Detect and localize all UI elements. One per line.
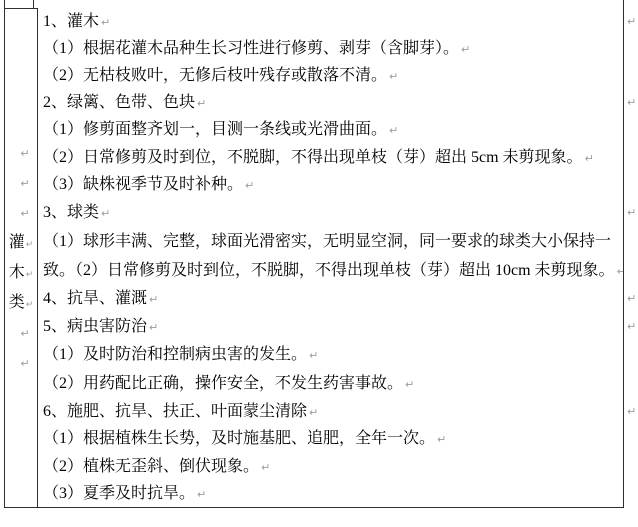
paragraph-mark-icon: ↵ [461,43,470,56]
table-row: 5、病虫害防治↵（1）及时防治和控制病虫害的发生。↵（2）用药配比正确，操作安全… [38,313,623,398]
paragraph-mark-icon: ↵ [261,461,270,474]
category-char-text[interactable]: 类 [9,294,25,311]
paragraph-mark-icon: ↵ [197,488,206,501]
paragraph-mark-icon: ↵ [26,270,34,280]
paragraph-mark-icon: ↵ [309,349,318,362]
text-line[interactable]: （1）根据花灌木品种生长习性进行修剪、剥芽（含脚芽）。↵ [43,35,623,62]
paragraph-mark-icon: ↵ [20,177,29,190]
text-line[interactable]: （1）及时防治和控制病虫害的发生。↵ [43,341,623,369]
paragraph-mark-icon: ↵ [149,321,158,334]
line-text[interactable]: （2）日常修剪及时到位，不脱脚，不得出现单枝（芽）超出 5cm 未剪现象。 [43,149,583,166]
line-text[interactable]: （1）球形丰满、完整，球面光滑密实，无明显空洞，同一要求的球类大小保持一 [43,233,611,250]
paragraph-mark-icon: ↵ [20,327,29,340]
text-line[interactable]: （2）无枯枝败叶，无修后枝叶残存或散落不清。↵ [43,62,623,89]
category-char-text[interactable]: 灌 [9,234,25,251]
paragraph-mark-icon: ↵ [389,124,398,137]
text-line[interactable]: （3）缺株视季节及时补种。↵ [43,171,623,198]
paragraph-mark-icon: ↵ [20,147,29,160]
text-line[interactable]: 2、绿篱、色带、色块↵ [43,89,623,116]
text-line[interactable]: （2）日常修剪及时到位，不脱脚，不得出现单枝（芽）超出 5cm 未剪现象。↵ [43,144,623,171]
paragraph-mark-icon: ↵ [245,179,254,192]
paragraph-mark-icon: ↵ [585,152,594,165]
paragraph-mark-icon: ↵ [26,240,34,250]
paragraph-mark-icon: ↵ [437,433,446,446]
line-text[interactable]: （2）植株无歪斜、倒伏现象。 [43,458,259,475]
line-text[interactable]: 3、球类 [43,204,99,221]
category-label-char[interactable]: 类↵ [9,288,34,318]
table-row: 2、绿篱、色带、色块↵（1）修剪面整齐划一，目测一条线或光滑曲面。↵（2）日常修… [38,89,623,198]
line-text[interactable]: （2）用药配比正确，操作安全，不发生药害事故。 [43,375,403,392]
paragraph-mark-icon: ↵ [197,97,206,110]
line-text[interactable]: 6、施肥、抗旱、扶正、叶面蒙尘清除 [43,403,307,420]
category-char-text[interactable]: 木 [9,264,25,281]
line-text[interactable]: 2、绿篱、色带、色块 [43,94,195,111]
row-end-paragraph-mark-icon: ↵ [627,313,636,341]
table-row: 1、灌木↵（1）根据花灌木品种生长习性进行修剪、剥芽（含脚芽）。↵（2）无枯枝败… [38,8,623,89]
text-line[interactable]: 5、病虫害防治↵ [43,313,623,341]
row-end-paragraph-mark-icon: ↵ [627,398,636,425]
empty-paragraph: ↵ [12,318,29,348]
row-end-paragraph-mark-icon: ↵ [627,8,636,35]
line-text[interactable]: （1）根据花灌木品种生长习性进行修剪、剥芽（含脚芽）。 [43,40,459,57]
paragraph-mark-icon: ↵ [20,207,29,220]
text-line[interactable]: （2）植株无歪斜、倒伏现象。↵ [43,453,623,480]
text-line[interactable]: （1）根据植株生长势，及时施基肥、追肥，全年一次。↵ [43,425,623,452]
category-cell[interactable]: ↵↵↵灌↵木↵类↵↵↵ [5,8,37,507]
text-line[interactable]: （2）用药配比正确，操作安全，不发生药害事故。↵ [43,370,623,398]
text-line[interactable]: 6、施肥、抗旱、扶正、叶面蒙尘清除↵ [43,398,623,425]
empty-paragraph: ↵ [12,348,29,378]
line-text[interactable]: 1、灌木 [43,13,99,30]
table-row: 6、施肥、抗旱、扶正、叶面蒙尘清除↵（1）根据植株生长势，及时施基肥、追肥，全年… [38,398,623,507]
line-text[interactable]: 5、病虫害防治 [43,318,147,335]
text-line[interactable]: 4、抗旱、灌溉↵ [43,285,623,313]
line-text[interactable]: （1）根据植株生长势，及时施基肥、追肥，全年一次。 [43,430,435,447]
partial-top-row-divider [33,0,34,8]
line-text[interactable]: （3）夏季及时抗旱。 [43,485,195,502]
paragraph-mark-icon: ↵ [20,357,29,370]
empty-paragraph: ↵ [12,138,29,168]
text-line[interactable]: 致。（2）日常修剪及时到位，不脱脚，不得出现单枝（芽）超出 10cm 未剪现象。… [43,256,623,285]
table-border-right [623,0,624,508]
row-end-paragraph-mark-icon: ↵ [627,89,636,116]
paragraph-mark-icon: ↵ [309,406,318,419]
text-line[interactable]: 3、球类↵ [43,198,623,227]
table-row: 4、抗旱、灌溉↵ [38,285,623,313]
paragraph-mark-icon: ↵ [149,293,158,306]
paragraph-mark-icon: ↵ [26,300,34,310]
line-text[interactable]: （3）缺株视季节及时补种。 [43,176,243,193]
paragraph-mark-icon: ↵ [405,378,414,391]
category-label-char[interactable]: 木↵ [9,258,34,288]
paragraph-mark-icon: ↵ [101,16,110,29]
line-text[interactable]: 4、抗旱、灌溉 [43,290,147,307]
row-end-paragraph-mark-icon: ↵ [627,285,636,313]
text-line[interactable]: （1）修剪面整齐划一，目测一条线或光滑曲面。↵ [43,116,623,143]
paragraph-mark-icon: ↵ [617,265,623,278]
text-line[interactable]: （3）夏季及时抗旱。↵ [43,480,623,507]
line-text[interactable]: （2）无枯枝败叶，无修后枝叶残存或散落不清。 [43,67,387,84]
text-line[interactable]: 1、灌木↵ [43,8,623,35]
paragraph-mark-icon: ↵ [101,207,110,220]
line-text[interactable]: （1）修剪面整齐划一，目测一条线或光滑曲面。 [43,121,387,138]
table-row: 3、球类↵（1）球形丰满、完整，球面光滑密实，无明显空洞，同一要求的球类大小保持… [38,198,623,285]
line-text[interactable]: 致。（2）日常修剪及时到位，不脱脚，不得出现单枝（芽）超出 10cm 未剪现象。 [43,262,615,279]
row-end-paragraph-mark-icon: ↵ [627,198,636,227]
category-label-char[interactable]: 灌↵ [9,228,34,258]
table-border-bottom [4,507,624,508]
line-text[interactable]: （1）及时防治和控制病虫害的发生。 [43,346,307,363]
text-line[interactable]: （1）球形丰满、完整，球面光滑密实，无明显空洞，同一要求的球类大小保持一 [43,227,623,256]
document-page: ↵↵↵灌↵木↵类↵↵↵ 1、灌木↵（1）根据花灌木品种生长习性进行修剪、剥芽（含… [0,0,638,527]
paragraph-mark-icon: ↵ [389,70,398,83]
empty-paragraph: ↵ [12,168,29,198]
empty-paragraph: ↵ [12,198,29,228]
